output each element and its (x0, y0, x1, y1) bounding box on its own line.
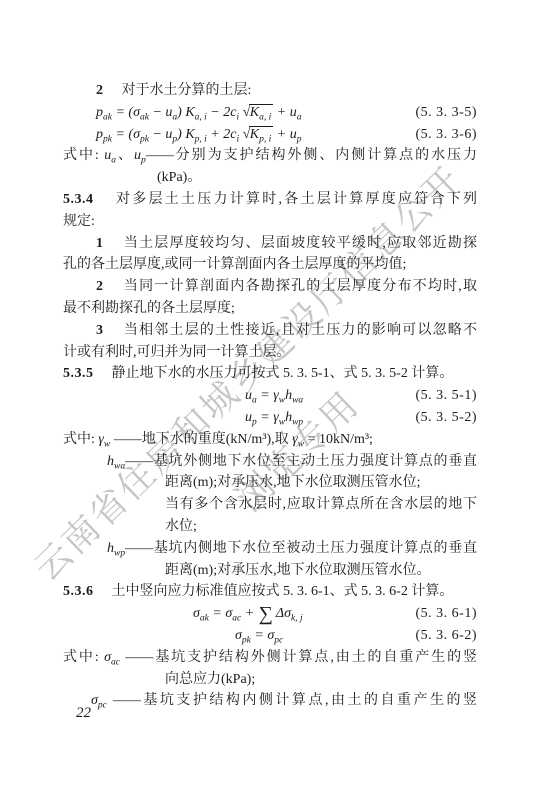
text-line: 式中: σac ——基坑支护结构外侧计算点,由土的自重产生的竖 (63, 647, 477, 669)
text-run: 式中: (63, 650, 104, 665)
inline-math-term: ua (104, 148, 116, 163)
inline-math-term: σac (104, 650, 120, 665)
formula-line: ua = γwhwa(5. 3. 5-1) (63, 385, 477, 407)
section-number: 3 (96, 323, 104, 338)
text-line: 2 对于水土分算的土层: (63, 80, 477, 102)
text-line: 孔的各土层厚度,或同一计算剖面内各土层厚度的平均值; (63, 254, 477, 276)
section-number: 2 (96, 279, 104, 294)
text-run: ——分别为支护结构外侧、内侧计算点的水压力 (146, 148, 477, 163)
text-line: (kPa)。 (63, 167, 477, 189)
text-run: 向总应力(kPa); (165, 672, 255, 687)
text-line: 式中: ua、up——分别为支护结构外侧、内侧计算点的水压力 (63, 145, 477, 167)
text-line: 式中: γw ——地下水的重度(kN/m³),取 γw = 10kN/m³; (63, 429, 477, 451)
formula-expression: ua = γwhwa (245, 385, 303, 407)
equation-number: (5. 3. 3-5) (416, 102, 478, 124)
text-line: hwp——基坑内侧地下水位至被动土压力强度计算点的垂直 (63, 538, 477, 560)
text-run: ——基坑支护结构内侧计算点,由土的自重产生的竖 (107, 693, 477, 708)
text-line: 5.3.5 静止地下水的水压力可按式 5. 3. 5-1、式 5. 3. 5-2… (63, 363, 477, 385)
text-run: 、 (116, 148, 134, 163)
text-run: 当相邻土层的土性接近,且对土压力的影响可以忽略不 (108, 323, 478, 338)
text-run: 计或有利时,可归并为同一计算土层。 (63, 345, 291, 360)
formula-line: pak = (σak − ua) Ka, i − 2ci √Ka, i + ua… (63, 102, 477, 124)
inline-math-term: γw (292, 432, 304, 447)
sqrt-radical: √Kp, i (243, 127, 274, 142)
text-line: 规定: (63, 211, 477, 233)
text-run: ——基坑支护结构外侧计算点,由土的自重产生的竖 (120, 650, 477, 665)
text-line: 当有多个含水层时,应取计算点所在含水层的地下 (63, 494, 477, 516)
text-line: 距离(m);对承压水,地下水位取测压管水位; (63, 472, 477, 494)
text-run: 水位; (165, 519, 197, 534)
section-number: 2 (96, 83, 104, 98)
text-run: 当有多个含水层时,应取计算点所在含水层的地下 (165, 497, 477, 512)
inline-math-term: hwa (107, 454, 125, 469)
inline-math-term: hwp (107, 541, 125, 556)
formula-line: σak = σac + ∑Δσk, j(5. 3. 6-1) (63, 603, 477, 625)
inline-math-term: γw (98, 432, 110, 447)
equation-number: (5. 3. 3-6) (416, 124, 478, 146)
text-run: 距离(m);对承压水,地下水位取测压管水位。 (165, 563, 431, 578)
section-number: 5.3.4 (63, 192, 94, 207)
text-line: 最不利勘探孔的各土层厚度; (63, 298, 477, 320)
document-page: 云南省住房和城乡建设厅信息公开 浏览专用 2 对于水土分算的土层:pak = (… (0, 0, 536, 793)
formula-expression: pak = (σak − ua) Ka, i − 2ci √Ka, i + ua (96, 102, 301, 124)
section-number: 5.3.6 (63, 584, 94, 599)
equation-number: (5. 3. 6-2) (416, 625, 478, 647)
formula-line: up = γwhwp(5. 3. 5-2) (63, 407, 477, 429)
section-number: 5.3.5 (63, 366, 94, 381)
text-run: 当土层厚度较均匀、层面坡度较平缓时,应取邻近勘探 (108, 236, 478, 251)
text-run: = 10kN/m³; (304, 432, 373, 447)
text-line: 3 当相邻土层的土性接近,且对土压力的影响可以忽略不 (63, 320, 477, 342)
text-line: 1 当土层厚度较均匀、层面坡度较平缓时,应取邻近勘探 (63, 233, 477, 255)
text-run: 孔的各土层厚度,或同一计算剖面内各土层厚度的平均值; (63, 257, 406, 272)
page-number: 22 (76, 705, 91, 722)
text-run: 土中竖向应力标准值应按式 5. 3. 6-1、式 5. 3. 6-2 计算。 (98, 584, 454, 599)
sqrt-radical: √Ka, i (243, 105, 274, 120)
equation-number: (5. 3. 5-2) (416, 407, 478, 429)
formula-line: ppk = (σpk − up) Kp, i + 2ci √Kp, i + up… (63, 124, 477, 146)
text-line: 向总应力(kPa); (63, 669, 477, 691)
formula-expression: σpk = σpc (235, 625, 283, 647)
text-line: 5.3.4 对多层土土压力计算时,各土层计算厚度应符合下列 (63, 189, 477, 211)
text-line: 水位; (63, 516, 477, 538)
sum-symbol: ∑ (259, 604, 273, 624)
inline-math-term: up (134, 148, 146, 163)
formula-line: σpk = σpc(5. 3. 6-2) (63, 625, 477, 647)
formula-expression: up = γwhwp (245, 407, 303, 429)
section-number: 1 (96, 236, 104, 251)
text-run: 式中: (63, 148, 104, 163)
text-run: 最不利勘探孔的各土层厚度; (63, 301, 235, 316)
text-run: 当同一计算剖面内各勘探孔的土层厚度分布不均时,取 (108, 279, 478, 294)
text-line: hwa——基坑外侧地下水位至主动土压力强度计算点的垂直 (63, 451, 477, 473)
text-run: 距离(m);对承压水,地下水位取测压管水位; (165, 475, 421, 490)
text-run: 规定: (63, 214, 95, 229)
text-run: 静止地下水的水压力可按式 5. 3. 5-1、式 5. 3. 5-2 计算。 (98, 366, 454, 381)
text-line: σpc ——基坑支护结构内侧计算点,由土的自重产生的竖 (63, 690, 477, 712)
text-run: 对多层土土压力计算时,各土层计算厚度应符合下列 (98, 192, 478, 207)
text-run: ——基坑内侧地下水位至被动土压力强度计算点的垂直 (125, 541, 477, 556)
text-run: ——基坑外侧地下水位至主动土压力强度计算点的垂直 (125, 454, 477, 469)
document-body: 2 对于水土分算的土层:pak = (σak − ua) Ka, i − 2ci… (63, 80, 477, 712)
text-run: 式中: (63, 432, 98, 447)
formula-expression: ppk = (σpk − up) Kp, i + 2ci √Kp, i + up (96, 124, 301, 146)
equation-number: (5. 3. 5-1) (416, 385, 478, 407)
text-run: ——地下水的重度(kN/m³),取 (110, 432, 292, 447)
text-run: (kPa)。 (157, 170, 201, 185)
text-line: 2 当同一计算剖面内各勘探孔的土层厚度分布不均时,取 (63, 276, 477, 298)
inline-math-term: σpc (91, 693, 107, 708)
equation-number: (5. 3. 6-1) (416, 603, 478, 625)
formula-expression: σak = σac + ∑Δσk, j (193, 603, 303, 625)
text-run: 对于水土分算的土层: (108, 83, 252, 98)
text-line: 计或有利时,可归并为同一计算土层。 (63, 342, 477, 364)
text-line: 5.3.6 土中竖向应力标准值应按式 5. 3. 6-1、式 5. 3. 6-2… (63, 581, 477, 603)
text-line: 距离(m);对承压水,地下水位取测压管水位。 (63, 560, 477, 582)
